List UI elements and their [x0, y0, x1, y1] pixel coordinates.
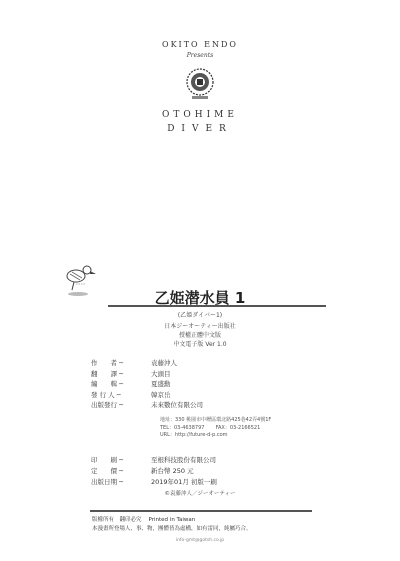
contact-email: info-gmt@gotsh.co.jp: [0, 538, 400, 543]
original-title: (乙姫ダイバー1): [0, 310, 400, 319]
credit-row-editor: 編 輯 ─夏盛勳: [91, 379, 203, 390]
tel: TEL：03-4638797: [160, 425, 204, 431]
credit-row-publisher-person: 發 行 人 ─韓京岳: [91, 390, 203, 401]
url-line: URL：http://future-d-p.com: [160, 432, 271, 440]
credits-list: 作 者 ─袁藤沖人 翻 譯 ─大頭目 編 輯 ─夏盛勳 發 行 人 ─韓京岳 出…: [91, 358, 203, 411]
publisher-info: 日本ジーオーティー出版社 授權正體中文版 中文電子版 Ver 1.0: [0, 322, 400, 349]
series-title-line1: OTOHIME: [0, 110, 400, 120]
presents-label: Presents: [0, 52, 400, 59]
footer-notice: 版權所有 翻印必究 Printed in Taiwan 本漫畫所登場人、事、物，…: [92, 516, 252, 533]
publisher-line: 日本ジーオーティー出版社: [0, 322, 400, 331]
copyright-notice: ©袁藤沖人／ジーオーティー: [0, 489, 400, 497]
contact-line: TEL：03-4638797 FAX：03-2166521: [160, 425, 271, 433]
series-title-line2: DIVER: [0, 124, 400, 134]
publisher-line: 中文電子版 Ver 1.0: [0, 340, 400, 349]
publisher-address-block: 地址：330 桃園市中壢區環北路425巷42弄4號1F TEL：03-46387…: [160, 417, 271, 440]
divider-bottom: [90, 510, 312, 512]
author-name: OKITO ENDO: [0, 40, 400, 49]
credit-row-translator: 翻 譯 ─大頭目: [91, 369, 203, 380]
divider-top: [108, 305, 326, 307]
fax: FAX：03-2166521: [216, 425, 261, 431]
print-info: 印 刷 ─至根科技股份有限公司 定 價 ─新台幣 250 元 出版日期 ─201…: [91, 455, 217, 488]
credit-row-publisher: 出版發行 ─未來數位有限公司: [91, 400, 203, 411]
credit-row-author: 作 者 ─袁藤沖人: [91, 358, 203, 369]
rights-line: 版權所有 翻印必究 Printed in Taiwan: [92, 516, 252, 525]
address-line: 地址：330 桃園市中壢區環北路425巷42弄4號1F: [160, 417, 271, 425]
disclaimer-line: 本漫畫所登場人、事、物，團體皆為虛構，如有雷同，純屬巧合。: [92, 525, 252, 534]
credit-row-date: 出版日期 ─2019年01月 初版一刷: [91, 477, 217, 488]
credit-row-printer: 印 刷 ─至根科技股份有限公司: [91, 455, 217, 466]
publisher-line: 授權正體中文版: [0, 331, 400, 340]
credit-row-price: 定 價 ─新台幣 250 元: [91, 466, 217, 477]
emblem-icon: [183, 67, 217, 101]
